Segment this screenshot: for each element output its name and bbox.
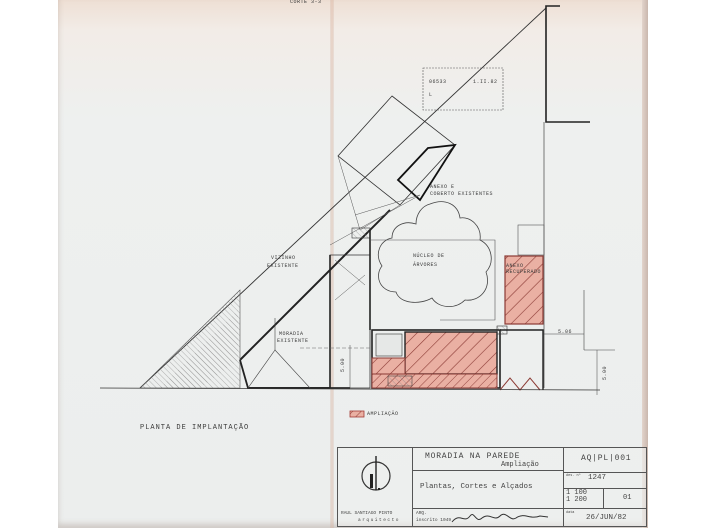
drawing-title: PLANTA DE IMPLANTAÇÃO: [140, 424, 249, 432]
architect-name: RAUL SANTIAGO PINTO: [341, 511, 392, 516]
neighbour-label-1: VIZINHO: [271, 255, 296, 261]
stamp-line3: L: [429, 92, 433, 98]
section-label: CORTE 3-3: [290, 0, 322, 5]
order-number: 01: [623, 494, 631, 502]
architect-logo-icon: [358, 454, 394, 498]
annex-label-2: COBERTO EXISTENTES: [430, 191, 493, 197]
drawing-contents: Plantas, Cortes e Alçados: [420, 483, 533, 491]
signature-icon: [450, 508, 550, 526]
des-label: des. nº: [566, 474, 581, 478]
project-subtitle: Ampliação: [501, 461, 539, 469]
house-label-2: EXISTENTE: [277, 338, 309, 344]
date-value: 26/JUN/82: [586, 514, 627, 522]
trees-label-1: NÚCLEO DE: [413, 253, 445, 259]
annex-recovered-label: ANEXO RECUPERADO: [506, 263, 542, 275]
scale-2: 1 200: [566, 497, 587, 504]
dimension-500-right: 5.00: [602, 366, 608, 380]
stamp-date: 1.II.82: [473, 79, 498, 85]
house-label-1: MORADIA: [279, 331, 304, 337]
annex-label-1: ANEXO E: [430, 184, 455, 190]
sign-label: ARQ.: [416, 511, 427, 516]
drawing-code: AQ|PL|001: [581, 454, 631, 463]
trees-label-2: ÁRVORES: [413, 262, 438, 268]
legend-swatch: [350, 411, 364, 417]
dimension-506: 5.06: [558, 329, 572, 335]
stamp-number: 06533: [429, 79, 447, 85]
extension-main-hatched: [405, 332, 497, 374]
project-title: MORADIA NA PAREDE: [425, 452, 520, 461]
date-label: data: [566, 511, 574, 515]
dimension-500-left: 5.00: [340, 358, 346, 372]
neighbour-label-2: EXISTENTE: [267, 263, 299, 269]
des-number: 1247: [588, 474, 606, 482]
architect-role: arquitecto: [358, 518, 400, 523]
sign-sub: inscrito 1049: [416, 518, 451, 523]
title-block: RAUL SANTIAGO PINTO arquitecto MORADIA N…: [337, 447, 647, 527]
legend-label: AMPLIAÇÃO: [367, 411, 399, 417]
